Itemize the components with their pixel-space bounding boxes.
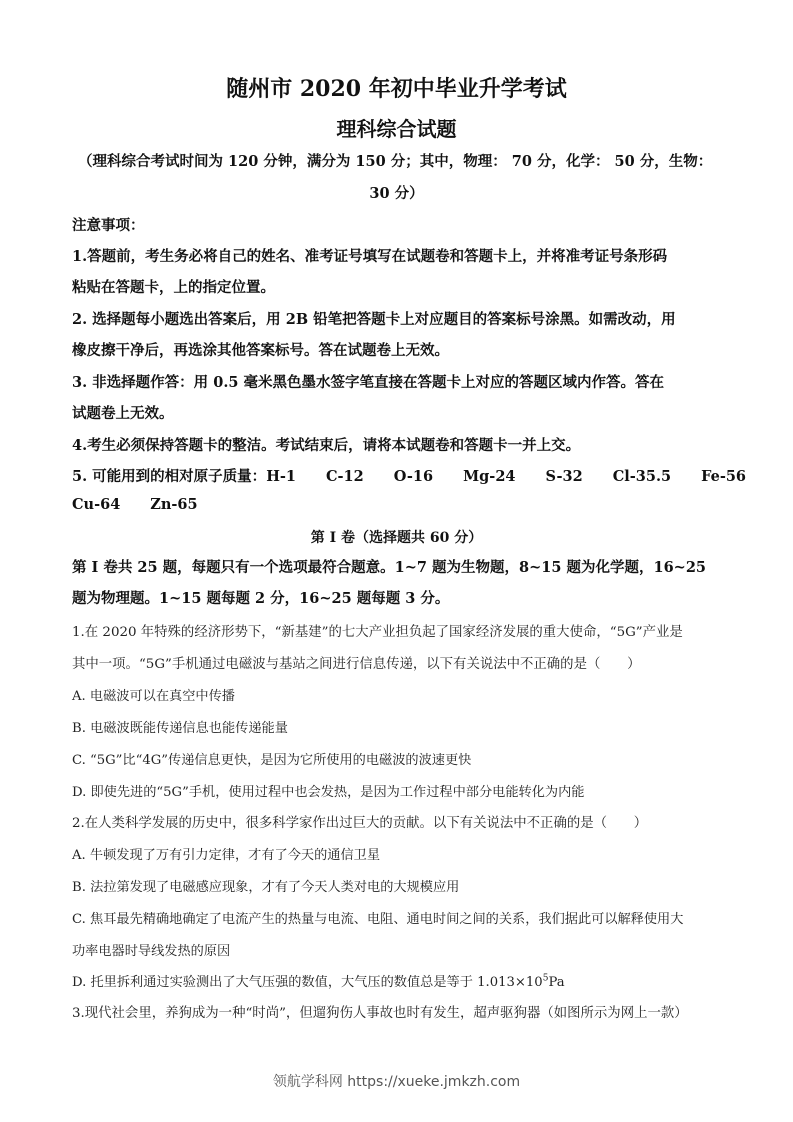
exam-subtitle: 理科综合试题 xyxy=(0,113,793,142)
atomic-mass: Cu-64 xyxy=(72,496,120,513)
exam-info-line-2: 30 分） xyxy=(0,182,793,203)
question-1-option-c: C. “5G”比“4G”传递信息更快，是因为它所使用的电磁波的波速更快 xyxy=(72,749,733,768)
section-title: 第 I 卷（选择题共 60 分） xyxy=(0,527,793,547)
question-2-option-d: D. 托里拆利通过实验测出了大气压强的数值，大气压的数值总是等于 1.013×1… xyxy=(72,971,733,990)
notice-item-2-line-1: 2. 选择题每小题选出答案后，用 2B 铅笔把答题卡上对应题目的答案标号涂黑。如… xyxy=(72,308,733,329)
notice-item-2-line-2: 橡皮擦干净后，再选涂其他答案标号。答在试题卷上无效。 xyxy=(72,339,733,360)
question-1-stem-line-2: 其中一项。“5G”手机通过电磁波与基站之间进行信息传递，以下有关说法中不正确的是… xyxy=(72,653,733,672)
notice-item-3-line-1: 3. 非选择题作答：用 0.5 毫米黑色墨水签字笔直接在答题卡上对应的答题区域内… xyxy=(72,371,733,392)
question-1-stem-line-1: 1.在 2020 年特殊的经济形势下，“新基建”的七大产业担负起了国家经济发展的… xyxy=(72,621,733,640)
atomic-mass: Cl-35.5 xyxy=(613,468,671,485)
atomic-mass-row-2: Cu-64Zn-65 xyxy=(72,496,733,513)
watermark-footer: 领航学科网 https://xueke.jmkzh.com xyxy=(0,1071,793,1091)
question-2-option-a: A. 牛顿发现了万有引力定律，才有了今天的通信卫星 xyxy=(72,844,733,863)
atomic-mass: Fe-56 xyxy=(701,468,746,485)
question-1-option-d: D. 即使先进的“5G”手机，使用过程中也会发热，是因为工作过程中部分电能转化为… xyxy=(72,781,733,800)
unit: Pa xyxy=(548,975,564,990)
atomic-mass: C-12 xyxy=(326,468,364,485)
atomic-mass: Mg-24 xyxy=(463,468,515,485)
question-2-option-c-line-2: 功率电器时导线发热的原因 xyxy=(72,940,733,959)
question-2-option-b: B. 法拉第发现了电磁感应现象，才有了今天人类对电的大规模应用 xyxy=(72,876,733,895)
atomic-mass-row-1: 5. 可能用到的相对原子质量：H-1C-12O-16Mg-24S-32Cl-35… xyxy=(72,465,733,486)
atomic-mass: H-1 xyxy=(266,468,296,485)
question-2-option-d-text: D. 托里拆利通过实验测出了大气压强的数值，大气压的数值总是等于 1.013×1… xyxy=(72,975,543,990)
section-desc-line-1: 第 I 卷共 25 题，每题只有一个选项最符合题意。1~7 题为生物题，8~15… xyxy=(72,556,733,577)
question-1-option-a: A. 电磁波可以在真空中传播 xyxy=(72,685,733,704)
question-2-stem: 2.在人类科学发展的历史中，很多科学家作出过巨大的贡献。以下有关说法中不正确的是… xyxy=(72,812,733,831)
atomic-mass: S-32 xyxy=(546,468,583,485)
notice-item-1-line-1: 1.答题前，考生务必将自己的姓名、准考证号填写在试题卷和答题卡上，并将准考证号条… xyxy=(72,245,733,266)
notice-item-1-line-2: 粘贴在答题卡，上的指定位置。 xyxy=(72,276,733,297)
atomic-mass: Zn-65 xyxy=(150,496,197,513)
question-3-stem: 3.现代社会里，养狗成为一种“时尚”，但遛狗伤人事故也时有发生，超声驱狗器（如图… xyxy=(72,1002,733,1021)
exam-page: 随州市 2020 年初中毕业升学考试 理科综合试题 （理科综合考试时间为 120… xyxy=(0,0,793,1122)
atomic-mass-label: 5. 可能用到的相对原子质量： xyxy=(72,468,266,485)
notice-heading: 注意事项： xyxy=(72,214,733,235)
notice-item-3-line-2: 试题卷上无效。 xyxy=(72,402,733,423)
section-desc-line-2: 题为物理题。1~15 题每题 2 分，16~25 题每题 3 分。 xyxy=(72,587,733,608)
question-2-option-c-line-1: C. 焦耳最先精确地确定了电流产生的热量与电流、电阻、通电时间之间的关系，我们据… xyxy=(72,908,733,927)
exam-title: 随州市 2020 年初中毕业升学考试 xyxy=(0,72,793,103)
atomic-mass: O-16 xyxy=(394,468,433,485)
question-1-option-b: B. 电磁波既能传递信息也能传递能量 xyxy=(72,717,733,736)
exam-info-line-1: （理科综合考试时间为 120 分钟，满分为 150 分；其中，物理： 70 分，… xyxy=(78,150,733,171)
notice-item-4: 4.考生必须保持答题卡的整洁。考试结束后，请将本试题卷和答题卡一并上交。 xyxy=(72,434,733,455)
